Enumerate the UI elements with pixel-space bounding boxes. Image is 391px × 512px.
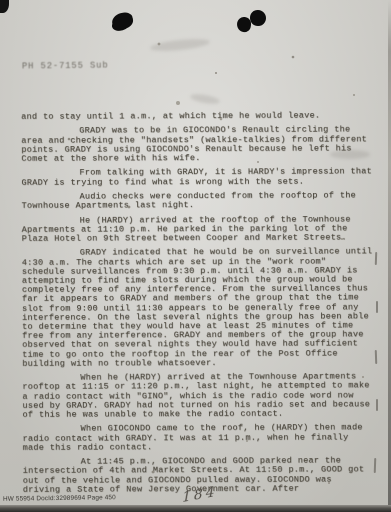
corner-ink-mark <box>0 0 9 13</box>
archive-footer-stamp: HW 55954 DocId:32989694 Page 450 <box>3 494 116 503</box>
scan-smudge <box>330 150 370 159</box>
scan-noise <box>10 10 12 12</box>
document-body: and to stay until 1 a.m., at which time … <box>21 111 375 500</box>
paragraph: When GIOCONDO came to the roof, he (HARD… <box>23 424 375 453</box>
ink-blot <box>250 10 266 26</box>
scan-artifact <box>374 458 376 473</box>
ink-blot <box>110 11 134 32</box>
scan-smudge <box>150 37 211 53</box>
paragraph: When he (HARDY) arrived at the Townhouse… <box>22 372 374 420</box>
file-number: PH 52-7155 Sub <box>22 61 109 72</box>
scan-artifact <box>376 301 378 313</box>
scan-artifact <box>375 350 377 364</box>
paragraph: Audio checks were conducted from the roo… <box>22 191 374 211</box>
paragraph: He (HARDY) arrived at the rooftop of the… <box>22 215 374 244</box>
scanned-document-page: PH 52-7155 Sub and to stay until 1 a.m.,… <box>0 0 391 512</box>
scan-artifact <box>376 399 378 411</box>
paragraph: GRADY was to be in GIOCONDO's Renault ci… <box>21 126 373 164</box>
scan-artifact <box>375 252 377 265</box>
paragraph: From talking with GRADY, it is HARDY's i… <box>21 168 373 188</box>
paragraph: and to stay until 1 a.m., at which time … <box>21 111 373 122</box>
scan-smudge <box>190 92 221 105</box>
scan-edge-bottom <box>0 505 391 512</box>
paragraph: GRADY indicated that he would be on surv… <box>22 248 375 369</box>
